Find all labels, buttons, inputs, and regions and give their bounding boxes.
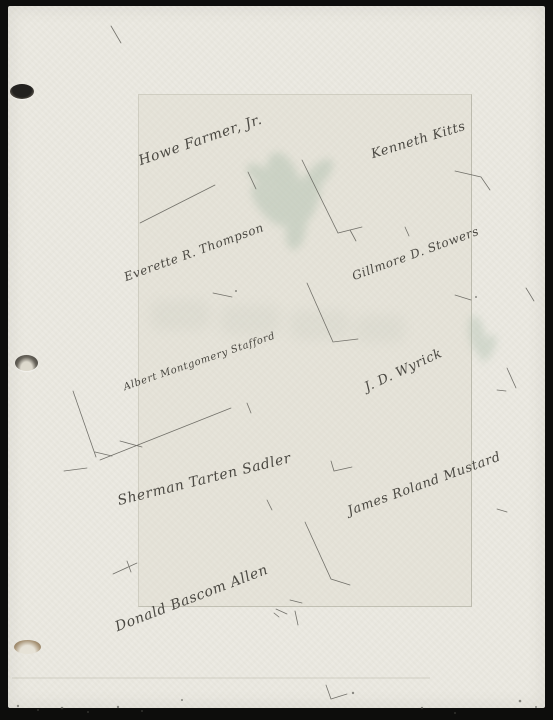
glassine-overlay — [138, 94, 472, 607]
punch-hole-top — [10, 84, 34, 99]
album-page — [8, 6, 545, 708]
punch-hole-middle — [15, 355, 38, 371]
punch-hole-bottom — [14, 640, 41, 654]
page-frame: Howe Farmer, Jr. Kenneth Kitts Everette … — [0, 0, 553, 720]
